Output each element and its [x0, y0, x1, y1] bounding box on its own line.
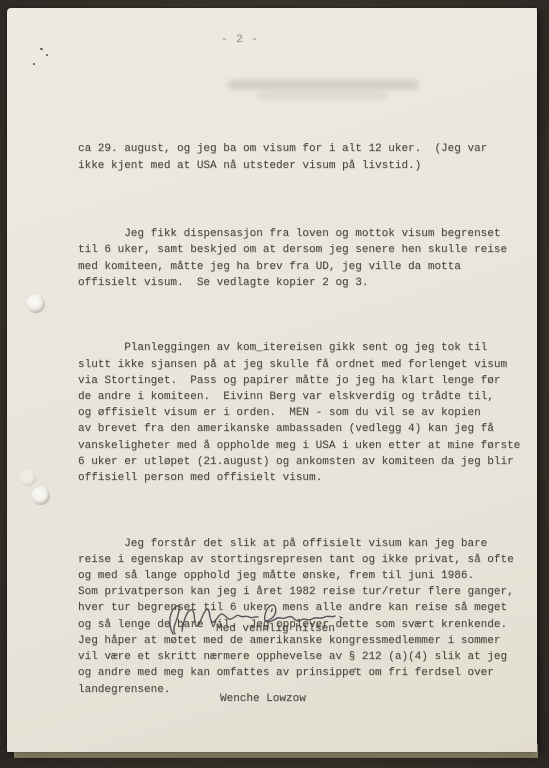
paragraph-2: Jeg fikk dispensasjon fra loven og motto…	[78, 226, 520, 291]
scanned-letter-page: - 2 - ca 29. august, og jeg ba om visum …	[7, 8, 537, 752]
paragraph-1: ca 29. august, og jeg ba om visum for i …	[78, 141, 520, 173]
punch-hole	[32, 487, 50, 505]
paragraph-3: Planleggingen av kom_itereisen gikk sent…	[78, 340, 520, 486]
ink-offset-smudge	[257, 92, 387, 99]
punch-hole-faint	[20, 470, 36, 486]
ink-speck	[40, 47, 44, 50]
handwritten-signature-icon	[162, 603, 352, 637]
ink-speck	[33, 63, 35, 65]
scan-background: - 2 - ca 29. august, og jeg ba om visum …	[0, 0, 549, 768]
ink-offset-smudge	[228, 80, 418, 90]
typed-signature-name: Wenche Lowzow	[216, 691, 335, 707]
punch-hole	[27, 295, 45, 313]
ink-speck	[46, 54, 48, 56]
page-number: - 2 -	[221, 34, 259, 46]
